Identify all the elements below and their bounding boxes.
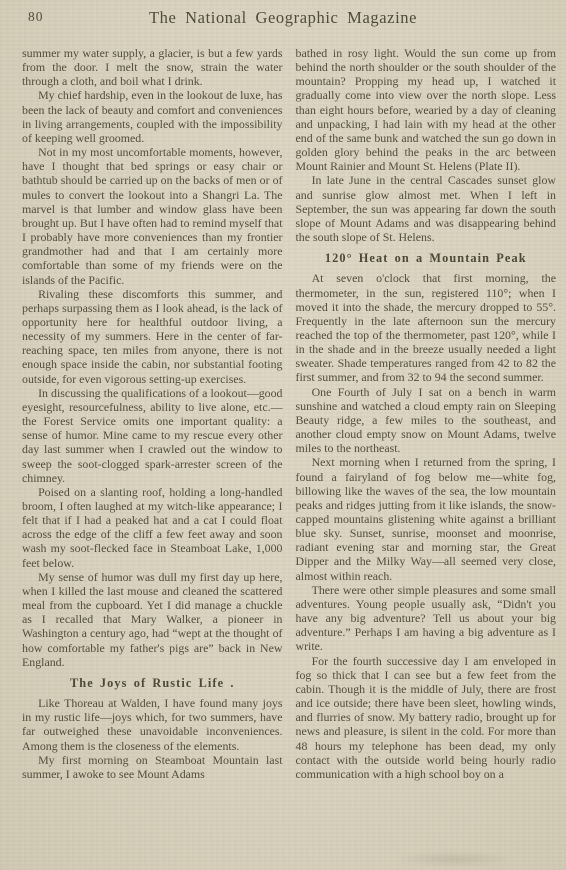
- page-number: 80: [28, 9, 44, 25]
- section-heading: The Joys of Rustic Life .: [22, 676, 283, 690]
- paragraph: summer my water supply, a glacier, is bu…: [22, 46, 283, 88]
- magazine-title: The National Geographic Magazine: [0, 8, 566, 28]
- paragraph: bathed in rosy light. Would the sun come…: [296, 46, 557, 173]
- paragraph: My first morning on Steamboat Mountain l…: [22, 753, 283, 781]
- section-heading: 120° Heat on a Mountain Peak: [296, 251, 557, 265]
- paragraph: In discussing the qualifications of a lo…: [22, 386, 283, 485]
- text-columns: summer my water supply, a glacier, is bu…: [0, 38, 566, 781]
- left-column: summer my water supply, a glacier, is bu…: [22, 46, 283, 781]
- paragraph: Like Thoreau at Walden, I have found man…: [22, 696, 283, 753]
- paragraph: My sense of humor was dull my first day …: [22, 570, 283, 669]
- paragraph: Poised on a slanting roof, holding a lon…: [22, 485, 283, 570]
- paragraph: For the fourth successive day I am envel…: [296, 654, 557, 781]
- page-header: 80 The National Geographic Magazine: [0, 0, 566, 38]
- scan-smudge: [394, 852, 514, 866]
- paragraph: My chief hardship, even in the lookout d…: [22, 88, 283, 145]
- paragraph: In late June in the central Cascades sun…: [296, 173, 557, 244]
- paragraph: At seven o'clock that first morning, the…: [296, 271, 557, 384]
- paragraph: There were other simple pleasures and so…: [296, 583, 557, 654]
- paragraph: Not in my most uncomfortable moments, ho…: [22, 145, 283, 287]
- paragraph: Next morning when I returned from the sp…: [296, 455, 557, 582]
- paragraph: One Fourth of July I sat on a bench in w…: [296, 385, 557, 456]
- right-column: bathed in rosy light. Would the sun come…: [296, 46, 557, 781]
- paragraph: Rivaling these discomforts this summer, …: [22, 287, 283, 386]
